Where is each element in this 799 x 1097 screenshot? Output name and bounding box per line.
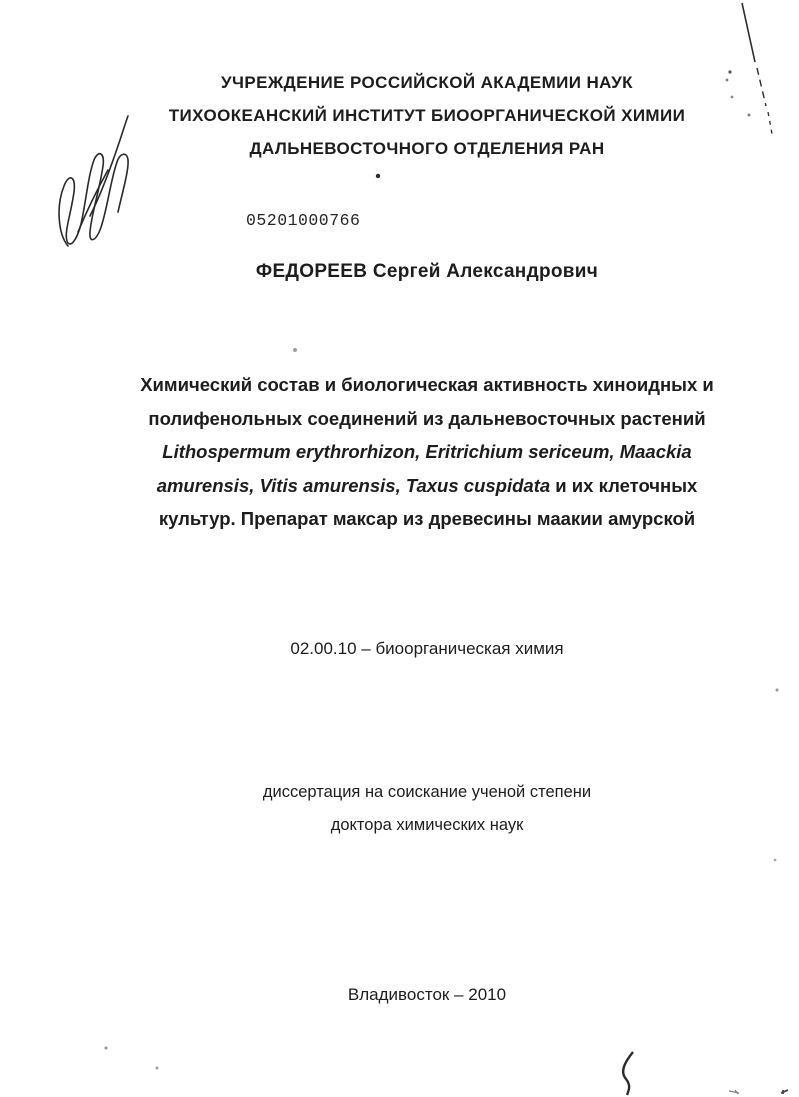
title-line-4-latin: amurensis, Vitis amurensis, Taxus cuspid… bbox=[157, 475, 550, 496]
institution-line-1: УЧРЕЖДЕНИЕ РОССИЙСКОЙ АКАДЕМИИ НАУК bbox=[55, 66, 799, 99]
degree-statement: диссертация на соискание ученой степени … bbox=[55, 776, 799, 842]
title-line-3: Lithospermum erythrorhizon, Eritrichium … bbox=[55, 435, 799, 469]
institution-line-2: ТИХООКЕАНСКИЙ ИНСТИТУТ БИООРГАНИЧЕСКОЙ Х… bbox=[55, 99, 799, 132]
title-line-1: Химический состав и биологическая активн… bbox=[55, 368, 799, 402]
title-line-5: культур. Препарат максар из древесины ма… bbox=[55, 502, 799, 536]
degree-line-2: доктора химических наук bbox=[55, 809, 799, 842]
title-line-4-russian: и их клеточных bbox=[550, 475, 697, 496]
author-name: ФЕДОРЕЕВ Сергей Александрович bbox=[55, 261, 799, 283]
degree-line-1: диссертация на соискание ученой степени bbox=[55, 776, 799, 809]
pen-mark-bottom bbox=[623, 1052, 633, 1095]
institution-line-3: ДАЛЬНЕВОСТОЧНОГО ОТДЕЛЕНИЯ РАН bbox=[55, 132, 799, 165]
diagonal-scratch-mark bbox=[742, 3, 755, 62]
registration-number: 05201000766 bbox=[246, 211, 360, 230]
institution-header: УЧРЕЖДЕНИЕ РОССИЙСКОЙ АКАДЕМИИ НАУК ТИХО… bbox=[55, 66, 799, 165]
specialty-code: 02.00.10 – биоорганическая химия bbox=[55, 639, 799, 659]
dissertation-title-page: УЧРЕЖДЕНИЕ РОССИЙСКОЙ АКАДЕМИИ НАУК ТИХО… bbox=[0, 0, 799, 1097]
dissertation-title: Химический состав и биологическая активн… bbox=[55, 368, 799, 536]
title-line-2: полифенольных соединений из дальневосточ… bbox=[55, 402, 799, 436]
ink-dot-mark bbox=[376, 174, 379, 177]
title-line-4: amurensis, Vitis amurensis, Taxus cuspid… bbox=[55, 469, 799, 503]
city-year-imprint: Владивосток – 2010 bbox=[55, 985, 799, 1005]
